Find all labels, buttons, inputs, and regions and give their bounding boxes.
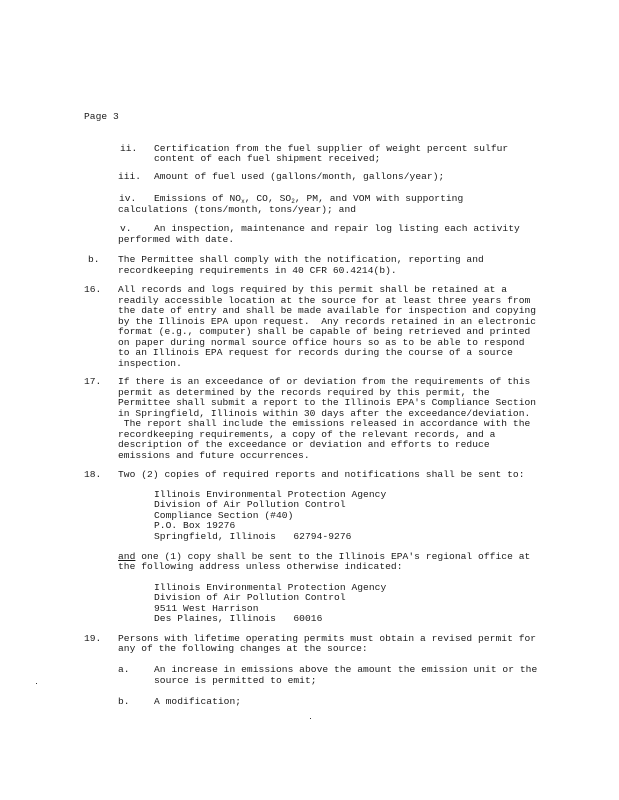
item-marker-iii: iii. (118, 172, 141, 183)
item-iii-line-1: Amount of fuel used (gallons/month, gall… (154, 172, 444, 183)
scan-speck (310, 718, 311, 719)
condition-17-line-1: If there is an exceedance of or deviatio… (118, 377, 530, 388)
condition-marker-17: 17. (84, 377, 101, 388)
item-iv-line-2: calculations (tons/month, tons/year); an… (118, 205, 356, 216)
condition-19-sub-a-line-1: An increase in emissions above the amoun… (154, 665, 537, 676)
address2-line-4: Des Plaines, Illinois 60016 (154, 614, 322, 625)
condition-16-line-5: format (e.g., computer) shall be capable… (118, 327, 530, 338)
condition-17-line-7: description of the exceedance or deviati… (118, 440, 490, 451)
condition-19-sub-b-marker: b. (118, 697, 130, 708)
item-b-line-1: The Permittee shall comply with the noti… (118, 255, 484, 266)
item-b-line-2: recordkeeping requirements in 40 CFR 60.… (118, 266, 397, 277)
condition-16-line-7: to an Illinois EPA request for records d… (118, 348, 513, 359)
condition-19-sub-a-marker: a. (118, 665, 130, 676)
condition-16-line-1: All records and logs required by this pe… (118, 285, 507, 296)
condition-17-line-3: Permittee shall submit a report to the I… (118, 398, 536, 409)
address1-line-2: Division of Air Pollution Control (154, 500, 346, 511)
condition-19-line-2: any of the following changes at the sour… (118, 644, 368, 655)
condition-17-line-8: emissions and future occurrences. (118, 451, 310, 462)
document-page: Page 3 ii. Certification from the fuel s… (0, 0, 619, 800)
condition-marker-19: 19. (84, 634, 101, 645)
condition-16-line-8: inspection. (118, 359, 182, 370)
item-iv-line-1: Emissions of NOx, CO, SO2, PM, and VOM w… (154, 194, 463, 205)
item-v-line-1: An inspection, maintenance and repair lo… (154, 224, 520, 235)
address2-line-2: Division of Air Pollution Control (154, 593, 346, 604)
item-marker-v: v. (120, 224, 132, 235)
condition-19-sub-a-line-2: source is permitted to emit; (154, 676, 317, 687)
condition-marker-18: 18. (84, 470, 101, 481)
condition-17-line-5: The report shall include the emissions r… (118, 419, 530, 430)
item-ii-line-2: content of each fuel shipment received; (154, 154, 380, 165)
condition-marker-16: 16. (84, 285, 101, 296)
page-header: Page 3 (84, 112, 119, 123)
condition-16-line-3: the date of entry and shall be made avai… (118, 306, 536, 317)
item-marker-iv: iv. (119, 194, 136, 205)
item-v-line-2: performed with date. (118, 235, 234, 246)
item-marker-b: b. (88, 255, 100, 266)
condition-18-intro: Two (2) copies of required reports and n… (118, 470, 525, 481)
condition-19-sub-b-line-1: A modification; (154, 697, 241, 708)
scan-speck (36, 683, 37, 684)
address1-line-4: P.O. Box 19276 (154, 521, 235, 532)
address1-line-5: Springfield, Illinois 62794-9276 (154, 532, 351, 543)
condition-18-middle-line-2: the following address unless otherwise i… (118, 562, 403, 573)
item-marker-ii: ii. (120, 144, 137, 155)
